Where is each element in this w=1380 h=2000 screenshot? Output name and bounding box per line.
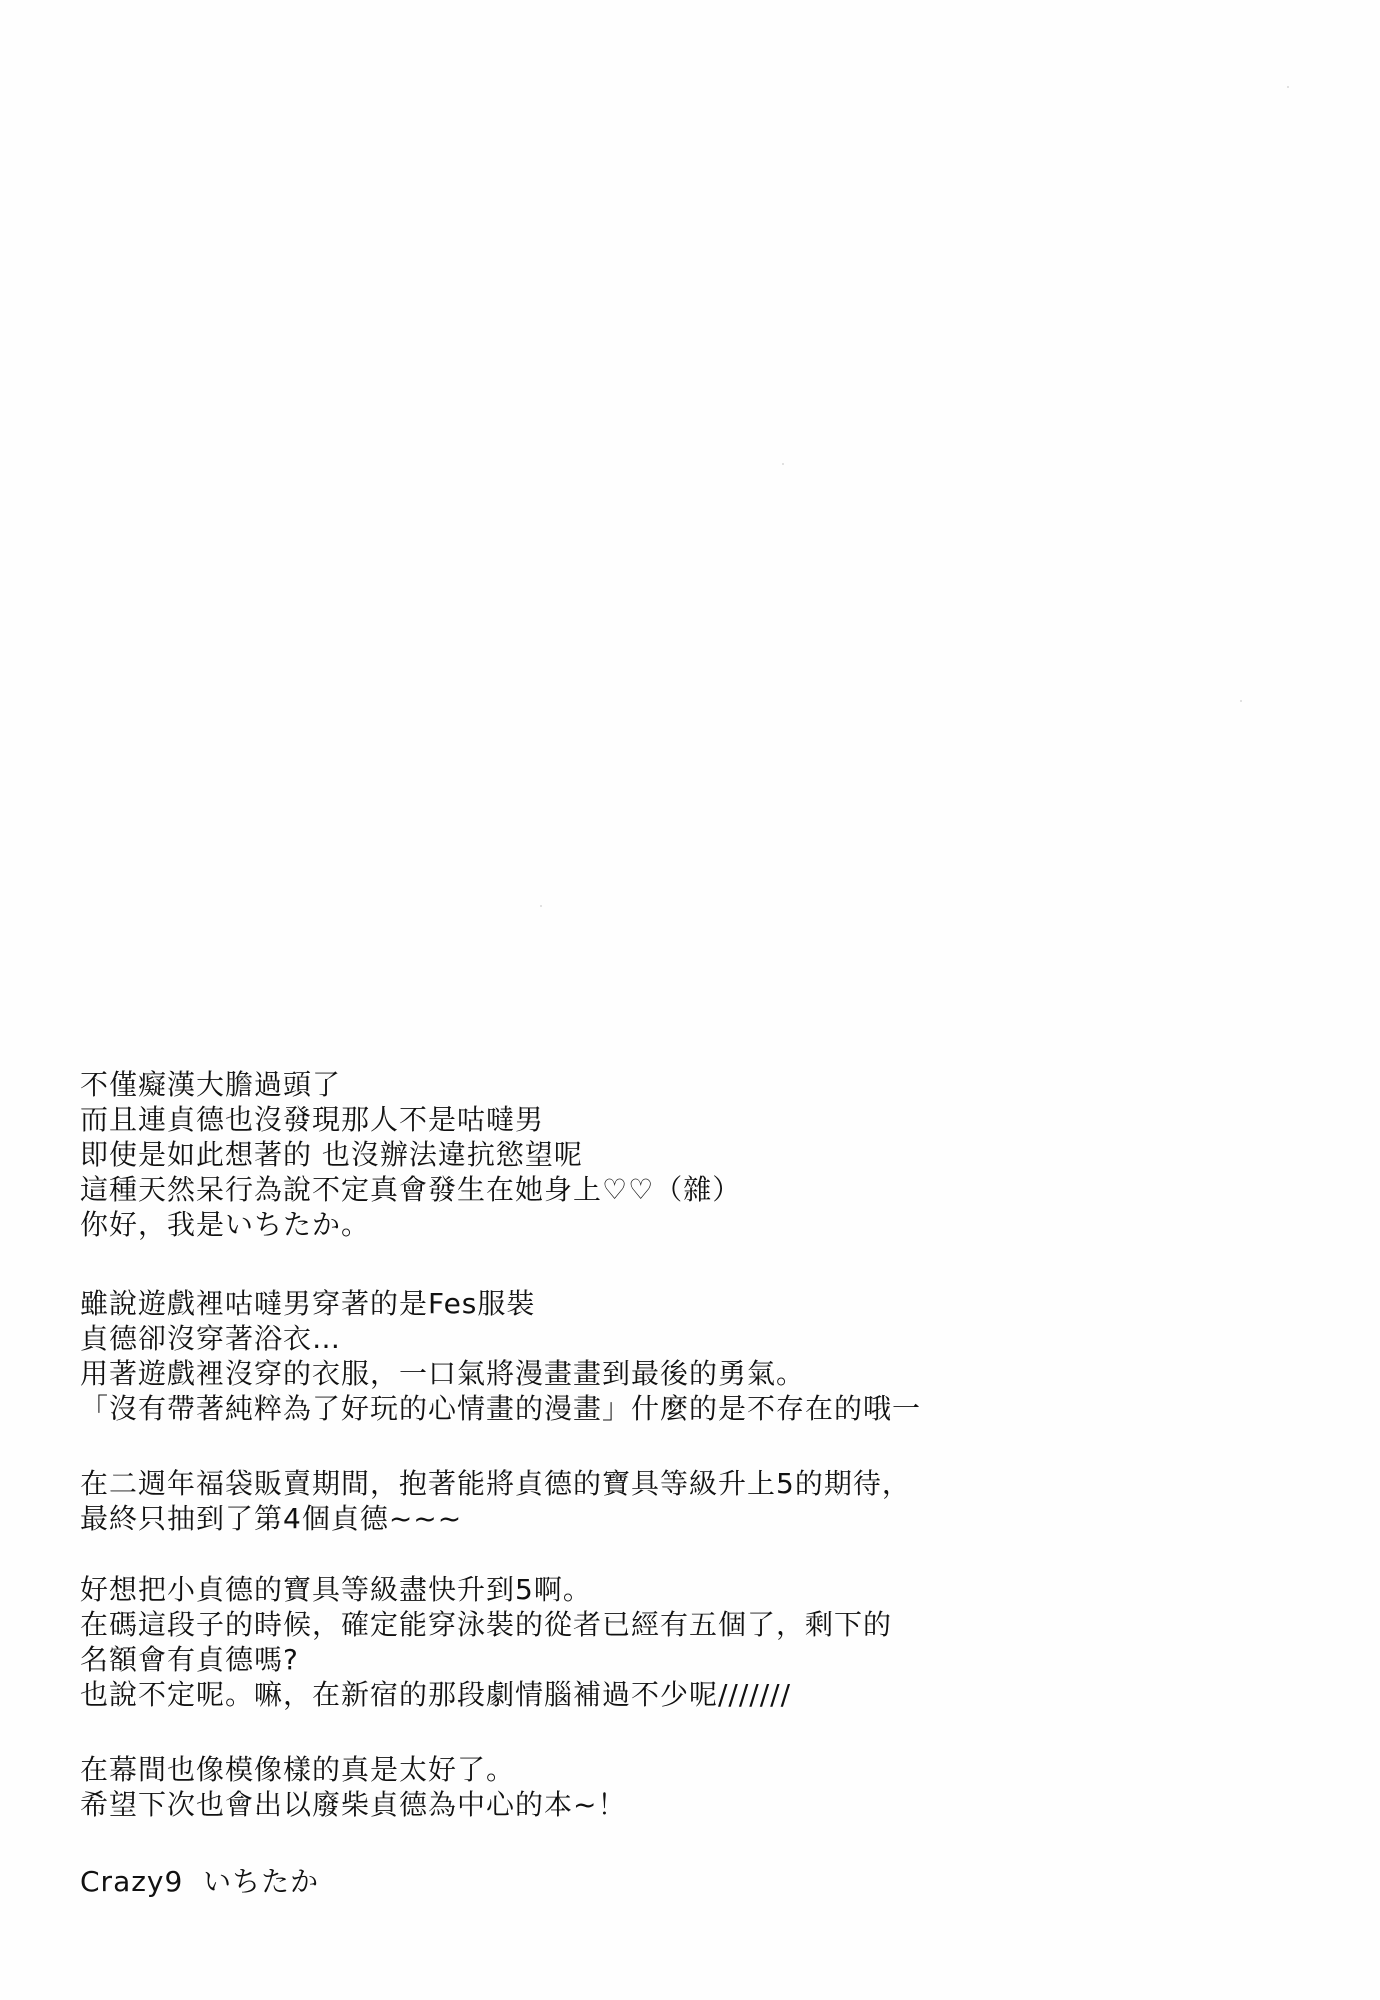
signature-text: Crazy9 いちたか — [80, 1864, 319, 1899]
text-line: 用著遊戲裡沒穿的衣服，一口氣將漫畫畫到最後的勇氣。 — [80, 1356, 921, 1391]
text-line: 「沒有帶著純粹為了好玩的心情畫的漫畫」什麼的是不存在的哦一 — [80, 1391, 921, 1426]
paper-speck — [782, 463, 784, 465]
paragraph-wishes: 好想把小貞德的寶具等級盡快升到5啊。 在碼這段子的時候，確定能穿泳裝的從者已經有… — [80, 1572, 892, 1712]
paragraph-costume: 雖說遊戲裡咕噠男穿著的是Fes服裝 貞德卻沒穿著浴衣… 用著遊戲裡沒穿的衣服，一… — [80, 1286, 921, 1426]
text-line: 這種天然呆行為說不定真會發生在她身上♡♡（雜） — [80, 1172, 741, 1207]
text-line: 名額會有貞德嗎? — [80, 1642, 892, 1677]
afterword-page: 不僅癡漢大膽過頭了 而且連貞德也沒發現那人不是咕噠男 即使是如此想著的 也沒辦法… — [0, 0, 1380, 2000]
text-line: 貞德卻沒穿著浴衣… — [80, 1321, 921, 1356]
text-line: 即使是如此想著的 也沒辦法違抗慾望呢 — [80, 1137, 741, 1172]
text-line: 也說不定呢。嘛，在新宿的那段劇情腦補過不少呢/////// — [80, 1677, 892, 1712]
text-line: 在幕間也像模像樣的真是太好了。 — [80, 1752, 626, 1787]
paragraph-gacha: 在二週年福袋販賣期間，抱著能將貞德的寶具等級升上5的期待， 最終只抽到了第4個貞… — [80, 1466, 911, 1536]
text-line: 在二週年福袋販賣期間，抱著能將貞德的寶具等級升上5的期待， — [80, 1466, 911, 1501]
text-line: 希望下次也會出以廢柴貞德為中心的本~！ — [80, 1787, 626, 1822]
text-line: 在碼這段子的時候，確定能穿泳裝的從者已經有五個了，剩下的 — [80, 1607, 892, 1642]
paragraph-intro: 不僅癡漢大膽過頭了 而且連貞德也沒發現那人不是咕噠男 即使是如此想著的 也沒辦法… — [80, 1067, 741, 1242]
text-line: 不僅癡漢大膽過頭了 — [80, 1067, 741, 1102]
paragraph-closing: 在幕間也像模像樣的真是太好了。 希望下次也會出以廢柴貞德為中心的本~！ — [80, 1752, 626, 1822]
text-line: 好想把小貞德的寶具等級盡快升到5啊。 — [80, 1572, 892, 1607]
paper-speck — [1240, 700, 1242, 702]
text-line: 雖說遊戲裡咕噠男穿著的是Fes服裝 — [80, 1286, 921, 1321]
signature: Crazy9 いちたか — [80, 1864, 319, 1899]
paper-speck — [1287, 86, 1289, 88]
text-line: 你好，我是いちたか。 — [80, 1207, 741, 1242]
text-line: 而且連貞德也沒發現那人不是咕噠男 — [80, 1102, 741, 1137]
text-line: 最終只抽到了第4個貞德~~~ — [80, 1501, 911, 1536]
paper-speck — [540, 905, 542, 907]
